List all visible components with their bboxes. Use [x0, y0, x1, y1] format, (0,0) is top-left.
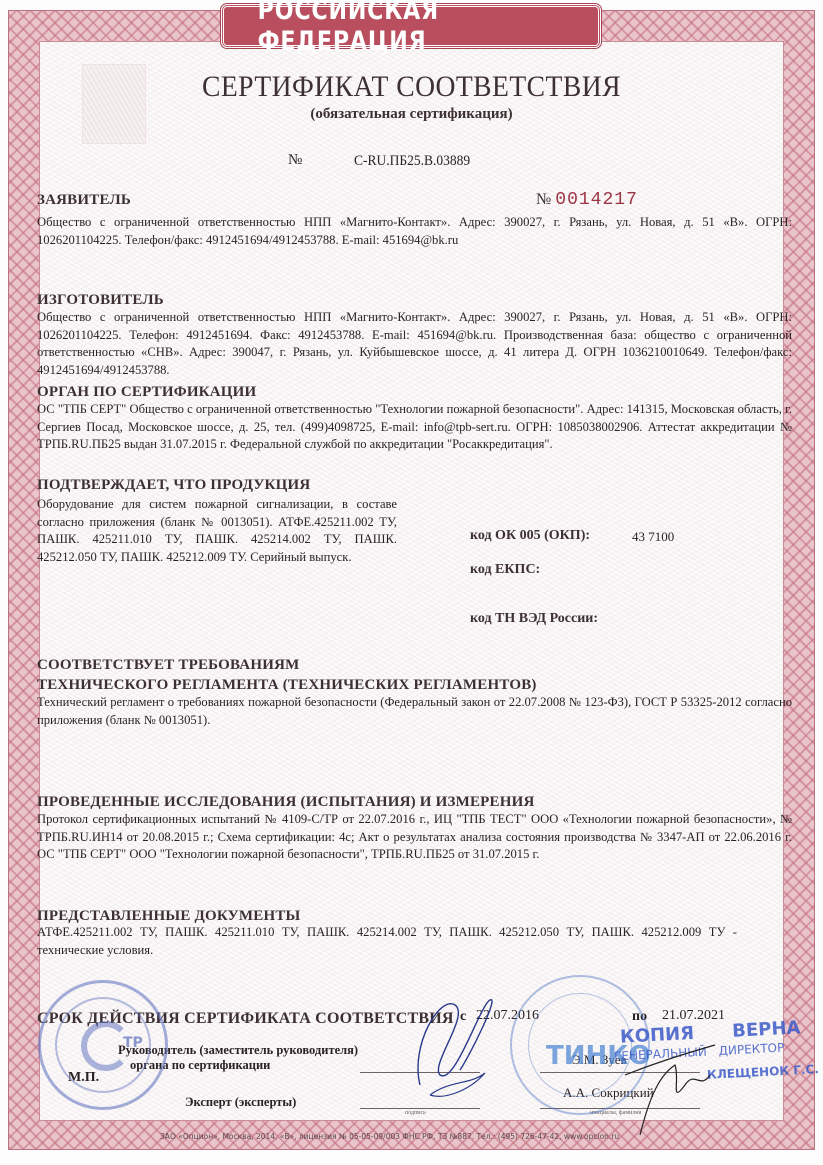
tests-heading: ПРОВЕДЕННЫЕ ИССЛЕДОВАНИЯ (ИСПЫТАНИЯ) И И… — [37, 794, 535, 811]
country-banner-text: РОССИЙСКАЯ ФЕДЕРАЦИЯ — [258, 0, 565, 57]
documents-heading: ПРЕДСТАВЛЕННЫЕ ДОКУМЕНТЫ — [37, 908, 300, 925]
product-heading: ПОДТВЕРЖДАЕТ, ЧТО ПРОДУКЦИЯ — [37, 477, 310, 494]
manufacturer-heading: ИЗГОТОВИТЕЛЬ — [37, 292, 164, 309]
seal-tr-mark: ТР — [123, 1035, 143, 1051]
applicant-heading: ЗАЯВИТЕЛЬ — [37, 192, 131, 209]
compliance-text: Технический регламент о требованиях пожа… — [37, 694, 792, 729]
signature-caption: подпись — [405, 1110, 426, 1116]
copy-stamp-true: ВЕРНА — [732, 1017, 801, 1042]
manufacturer-text: Общество с ограниченной ответственностью… — [37, 309, 792, 379]
okp-code-value: 43 7100 — [632, 529, 674, 545]
documents-text: АТФЕ.425211.002 ТУ, ПАШК. 425211.010 ТУ,… — [37, 924, 737, 959]
country-banner: РОССИЙСКАЯ ФЕДЕРАЦИЯ — [221, 4, 601, 48]
product-text: Оборудование для систем пожарной сигнали… — [37, 496, 397, 566]
tnved-code-label: код ТН ВЭД России: — [470, 611, 598, 627]
applicant-text: Общество с ограниченной ответственностью… — [37, 214, 792, 249]
ekps-code-label: код ЕКПС: — [470, 562, 540, 578]
page-subtitle: (обязательная сертификация) — [0, 106, 823, 123]
serial-number-label: № — [536, 191, 551, 208]
cert-number: C-RU.ПБ25.В.03889 — [354, 153, 470, 170]
expert-signature-line — [360, 1108, 480, 1109]
certificate-body — [39, 41, 784, 1121]
technical-regulations-heading: ТЕХНИЧЕСКОГО РЕГЛАМЕНТА (ТЕХНИЧЕСКИХ РЕГ… — [37, 677, 537, 694]
certification-body-heading: ОРГАН ПО СЕРТИФИКАЦИИ — [37, 384, 256, 401]
cert-number-label: № — [288, 152, 302, 169]
certification-body-seal: ТР — [38, 980, 168, 1110]
certificate-border — [8, 10, 815, 1150]
serial-number: №0014217 — [536, 188, 638, 210]
expert-label: Эксперт (эксперты) — [185, 1095, 296, 1110]
serial-number-value: 0014217 — [555, 190, 638, 210]
okp-code-label: код ОК 005 (ОКП): — [470, 528, 590, 544]
director-signature-icon — [620, 1035, 730, 1145]
compliance-heading: СООТВЕТСТВУЕТ ТРЕБОВАНИЯМ — [37, 657, 299, 674]
page-title: СЕРТИФИКАТ СООТВЕТСТВИЯ — [33, 70, 790, 104]
printer-footer: ЗАО «Опцион», Москва, 2014, «В», лицензи… — [160, 1132, 619, 1141]
certification-body-text: ОС "ТПБ СЕРТ" Общество с ограниченной от… — [37, 401, 792, 454]
tests-text: Протокол сертификационных испытаний № 41… — [37, 811, 792, 864]
head-signature-icon — [400, 985, 500, 1105]
